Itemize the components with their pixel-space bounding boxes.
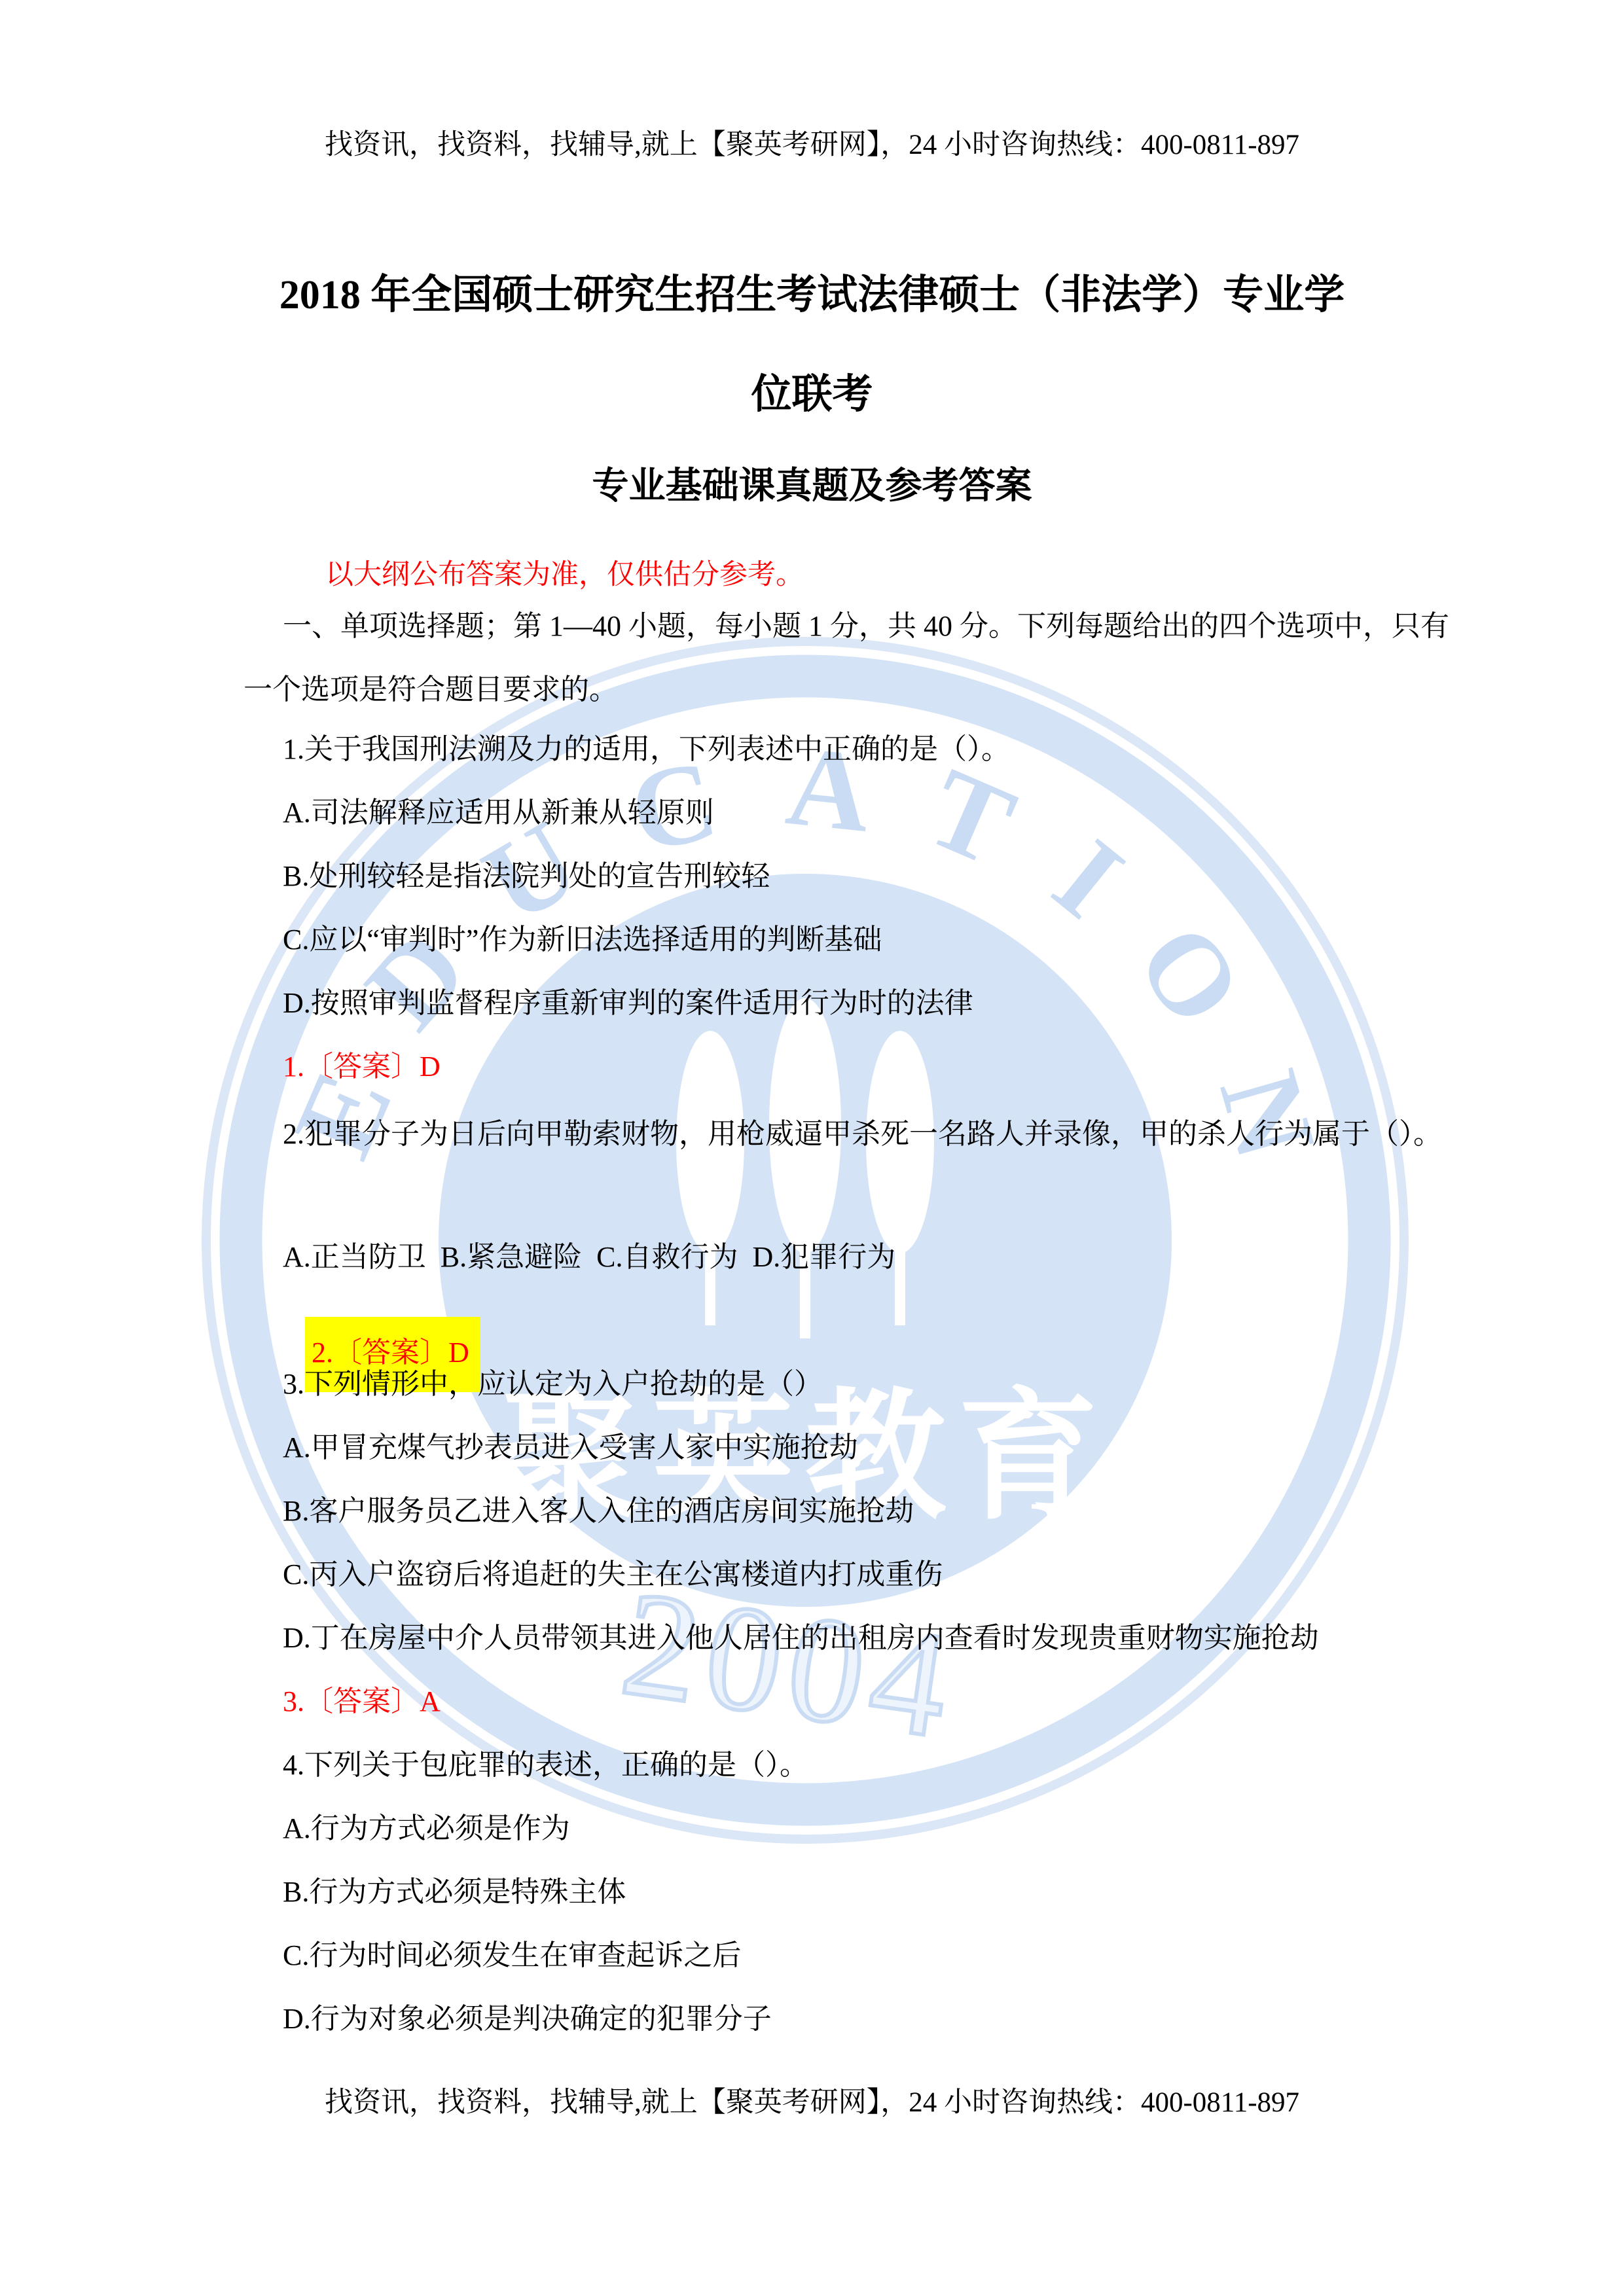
question-3-stem: 3.下列情形中，应认定为入户抢劫的是（） xyxy=(283,1366,1492,1402)
document-subtitle: 专业基础课真题及参考答案 xyxy=(0,457,1624,509)
question-1-stem: 1.关于我国刑法溯及力的适用，下列表述中正确的是（）。 xyxy=(283,731,1492,767)
question-4-option-d: D.行为对象必须是判决确定的犯罪分子 xyxy=(283,2001,1492,2037)
question-3-option-d: D.丁在房屋中介人员带领其进入他人居住的出租房内查看时发现贵重财物实施抢劫 xyxy=(283,1620,1492,1656)
question-4-stem: 4.下列关于包庇罪的表述，正确的是（）。 xyxy=(283,1747,1492,1783)
question-3-option-a: A.甲冒充煤气抄表员进入受害人家中实施抢劫 xyxy=(283,1429,1492,1465)
question-1-option-b: B.处刑较轻是指法院判处的宣告刑较轻 xyxy=(283,858,1492,894)
question-2-stem: 2.犯罪分子为日后向甲勒索财物，用枪威逼甲杀死一名路人并录像，甲的杀人行为属于（… xyxy=(244,1102,1453,1166)
section-heading: 一、单项选择题；第 1—40 小题，每小题 1 分，共 40 分。下列每题给出的… xyxy=(244,594,1453,721)
question-3-answer: 3.〔答案〕A xyxy=(283,1683,1492,1719)
question-2-answer-line: 2.〔答案〕D xyxy=(283,1281,1492,1428)
document-page: EDUCATION 聚英教育 2004 找资讯，找资料，找辅导,就上【聚英考研网… xyxy=(0,0,1624,2296)
question-2-options: A.正当防卫 B.紧急避险 C.自救行为 D.犯罪行为 xyxy=(283,1239,1492,1275)
document-title-line-2: 位联考 xyxy=(0,361,1624,420)
page-footer: 找资讯，找资料，找辅导,就上【聚英考研网】，24 小时咨询热线：400-0811… xyxy=(0,2080,1624,2120)
question-1-option-a: A.司法解释应适用从新兼从轻原则 xyxy=(283,795,1492,831)
question-4-option-a: A.行为方式必须是作为 xyxy=(283,1810,1492,1846)
question-1-answer: 1.〔答案〕D xyxy=(283,1049,1492,1085)
question-1-option-c: C.应以“审判时”作为新旧法选择适用的判断基础 xyxy=(283,922,1492,958)
question-4-option-c: C.行为时间必须发生在审查起诉之后 xyxy=(283,1937,1492,1973)
document-title-line-1: 2018 年全国硕士研究生招生考试法律硕士（非法学）专业学 xyxy=(0,262,1624,320)
question-3-option-c: C.丙入户盗窃后将追赶的失主在公寓楼道内打成重伤 xyxy=(283,1556,1492,1592)
page-header: 找资讯，找资料，找辅导,就上【聚英考研网】，24 小时咨询热线：400-0811… xyxy=(0,122,1624,162)
question-4-option-b: B.行为方式必须是特殊主体 xyxy=(283,1874,1492,1910)
question-3-option-b: B.客户服务员乙进入客人入住的酒店房间实施抢劫 xyxy=(283,1493,1492,1529)
question-1-option-d: D.按照审判监督程序重新审判的案件适用行为时的法律 xyxy=(283,985,1492,1021)
